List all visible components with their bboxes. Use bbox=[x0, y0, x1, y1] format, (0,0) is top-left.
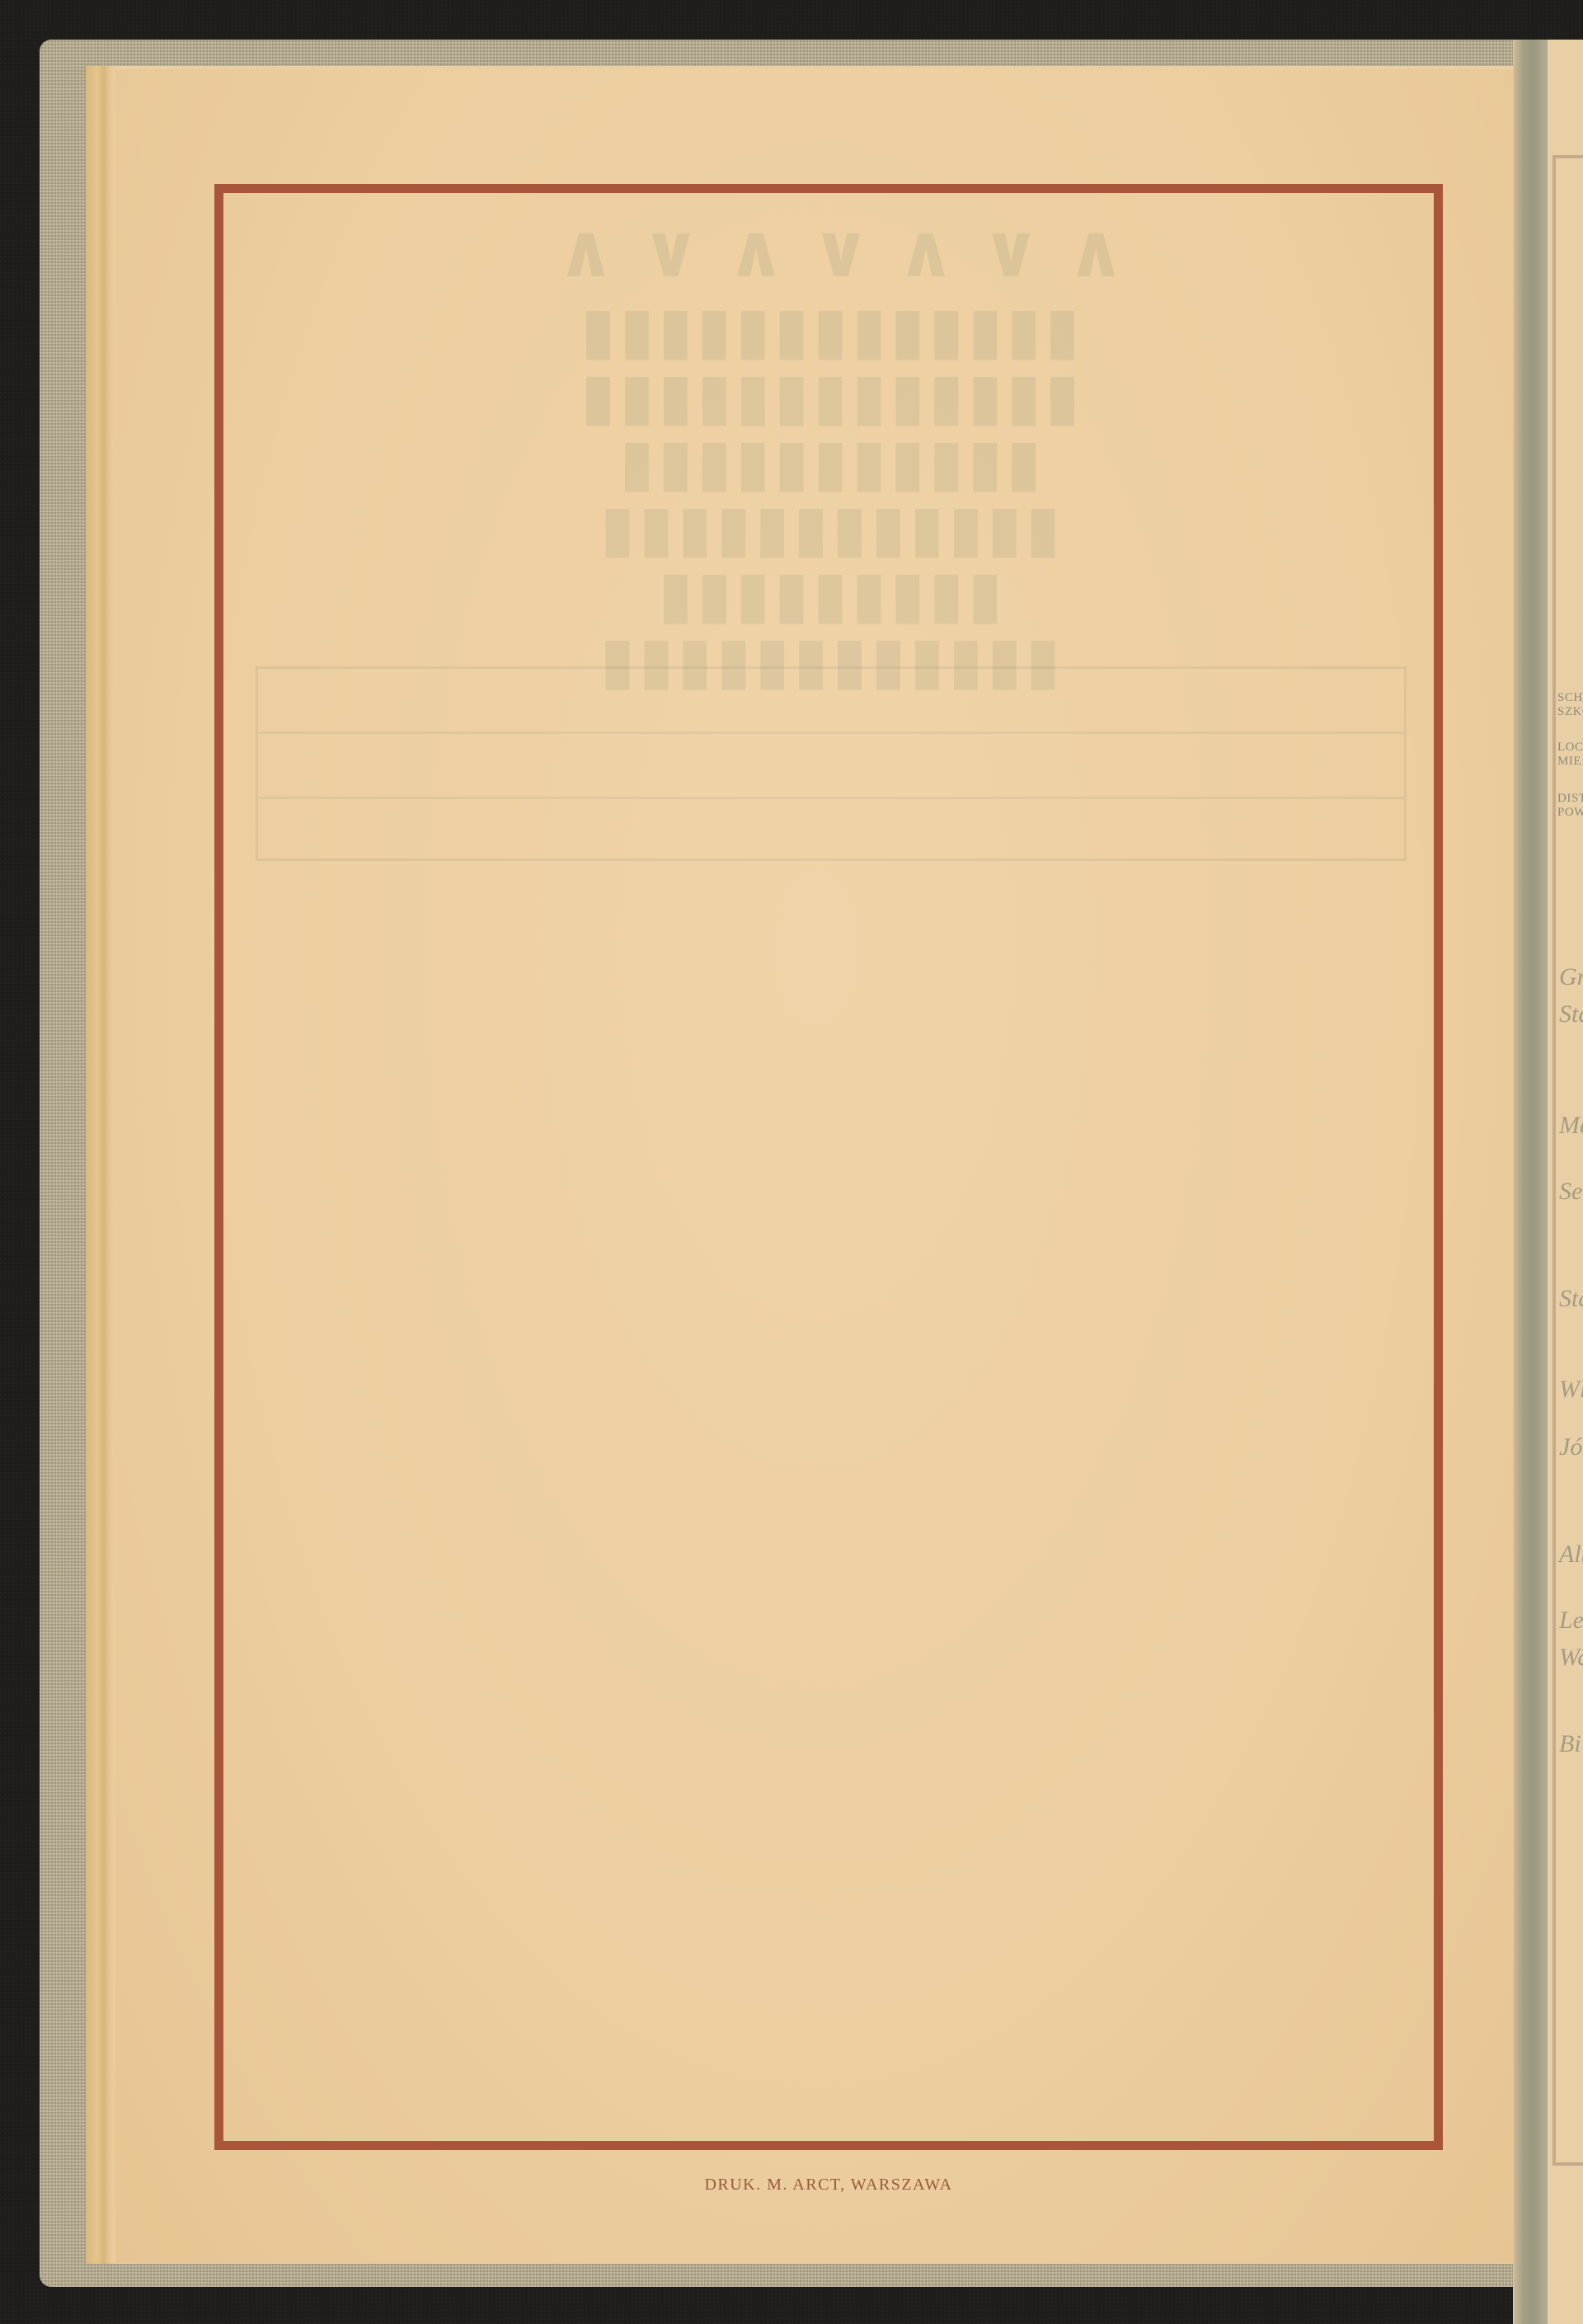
adjacent-page-frame bbox=[1552, 155, 1583, 2166]
adjacent-script: Jó bbox=[1559, 1433, 1582, 1461]
adjacent-script: Len bbox=[1559, 1607, 1583, 1635]
adjacent-script: Sta bbox=[1559, 1000, 1583, 1028]
book-gutter bbox=[1513, 40, 1548, 2324]
adjacent-label: LOC bbox=[1557, 741, 1583, 755]
adjacent-page: SCHO SZKO LOC MIE DIST POW Gr Sta Ma Seu… bbox=[1548, 40, 1583, 2324]
adjacent-script: Wa bbox=[1559, 1644, 1583, 1672]
printer-imprint: DRUK. M. ARCT, WARSZAWA bbox=[0, 2176, 1583, 2195]
adjacent-label: SCHO bbox=[1557, 691, 1583, 705]
page-border-frame bbox=[214, 184, 1443, 2150]
adjacent-script: Seu bbox=[1559, 1178, 1583, 1206]
adjacent-label: POW bbox=[1557, 806, 1583, 820]
adjacent-script: Ma bbox=[1559, 1112, 1583, 1140]
adjacent-script: Wla bbox=[1559, 1376, 1583, 1404]
adjacent-label: DIST bbox=[1557, 792, 1583, 806]
adjacent-label: MIE bbox=[1557, 755, 1581, 769]
adjacent-script: Gr bbox=[1559, 963, 1583, 991]
adjacent-script: Sta bbox=[1559, 1285, 1583, 1313]
adjacent-label: SZKO bbox=[1557, 705, 1583, 719]
adjacent-script: Bi bbox=[1559, 1730, 1581, 1758]
adjacent-script: Alb bbox=[1559, 1541, 1583, 1569]
